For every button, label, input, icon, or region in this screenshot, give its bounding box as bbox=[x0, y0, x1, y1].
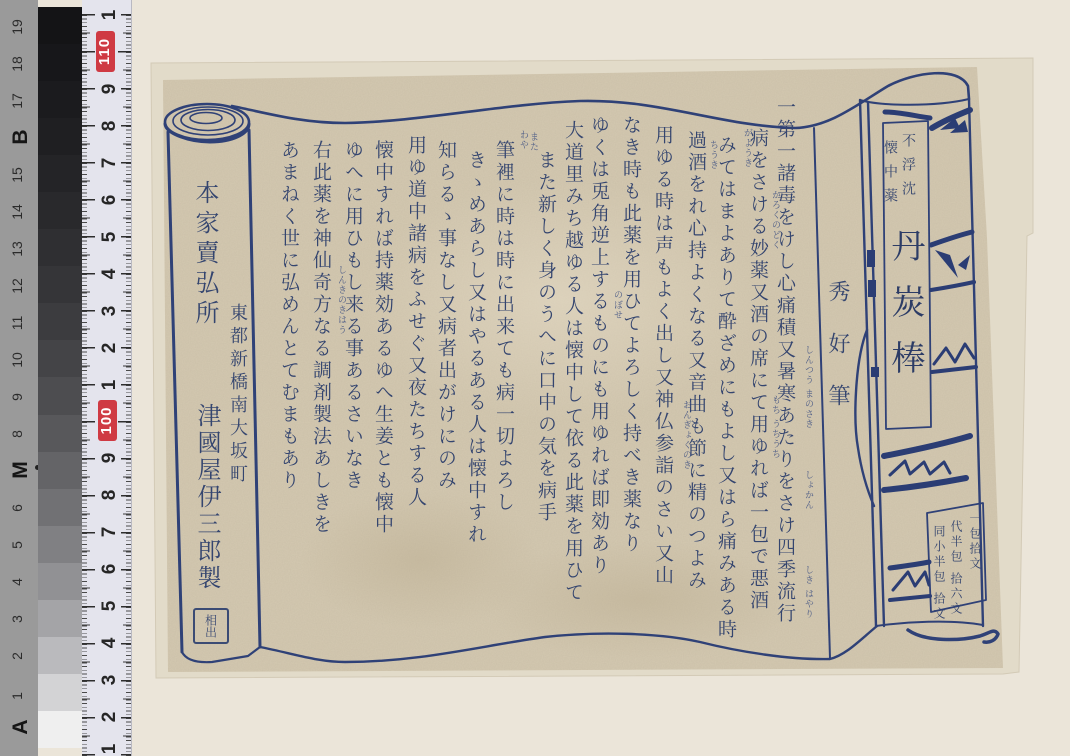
text-column: 右此薬を神仙奇方なる調剤製法あしきを bbox=[311, 140, 330, 536]
furigana: もち うちうち bbox=[770, 395, 779, 459]
furigana: しんきのきはう bbox=[336, 265, 345, 335]
furigana: わや bbox=[518, 130, 527, 150]
furigana: しょかん bbox=[803, 470, 812, 510]
artist-signature: 秀好筆 bbox=[826, 280, 848, 436]
text-column: 筆裡に時は時に出来ても病一切よろし bbox=[494, 140, 513, 514]
publisher-seal-stamp: 相出 bbox=[193, 608, 229, 644]
text-column: 過酒をれ心持よくなる又音曲も節に精のつよみ bbox=[686, 130, 705, 592]
text-column: ゆくは兎角逆上するものにも用ゆれば即効あり bbox=[589, 115, 608, 577]
publisher-maker: 津國屋伊三郎製 bbox=[195, 403, 219, 592]
text-column: 病をさける妙薬又酒の席にて用ゆれば一包で悪酒 bbox=[748, 128, 767, 612]
text-column: 用ゆ道中諸病をふせぐ又夜たちする人 bbox=[406, 135, 425, 509]
text-column: 用ゆる時は声もよく出し又神仏参詣のさい又山 bbox=[653, 125, 672, 587]
furigana: ちうき bbox=[708, 140, 717, 170]
product-label-line2: 懐中薬 bbox=[883, 140, 897, 212]
price-line: 同小半包 拾文 bbox=[933, 525, 945, 622]
furigana: また bbox=[528, 132, 537, 152]
furigana: がようき bbox=[742, 128, 751, 168]
text-column: あまねく世に弘めんとてむまもあり bbox=[279, 140, 298, 492]
text-column: 大道里みち越ゆる人は懐中して依る此薬を用ひて bbox=[563, 120, 582, 604]
publisher-heading: 本家賣弘所 bbox=[193, 180, 217, 330]
product-title: 丹炭棒 bbox=[888, 228, 922, 396]
furigana: しき はやり bbox=[803, 565, 812, 619]
publisher-address: 東都新橋南大坂町 bbox=[228, 303, 246, 487]
text-column: なき時も此薬を用ひてよろしく持べき薬なり bbox=[621, 115, 640, 555]
furigana: かろくのどく bbox=[770, 190, 779, 250]
price-line: 代半包 拾六文 bbox=[950, 520, 962, 617]
text-column: 懐中すれば持薬効あるゆへ生姜とも懐中 bbox=[373, 140, 392, 536]
price-line: 一包拾文 bbox=[969, 512, 981, 572]
text-column: きゝめあらし又はやるある人は懐中すれ bbox=[466, 150, 485, 546]
text-column: 知らるゝ事なし又病者出がけにのみ bbox=[436, 140, 455, 492]
furigana: おんぎょくのき bbox=[681, 400, 690, 470]
product-label-line1: 不浮沈 bbox=[901, 133, 915, 205]
text-column: 一第一諸毒をけし心痛積又暑寒あたりをさけ四季流行 bbox=[775, 97, 794, 625]
furigana: しんつう まのさき bbox=[803, 345, 812, 429]
furigana: のぼせ bbox=[612, 290, 621, 320]
text-column: みてはまよありて酔ざめにもよし又はら痛みある時 bbox=[716, 135, 735, 641]
text-column: また新しく身のうへに口中の気を病手 bbox=[536, 150, 555, 524]
